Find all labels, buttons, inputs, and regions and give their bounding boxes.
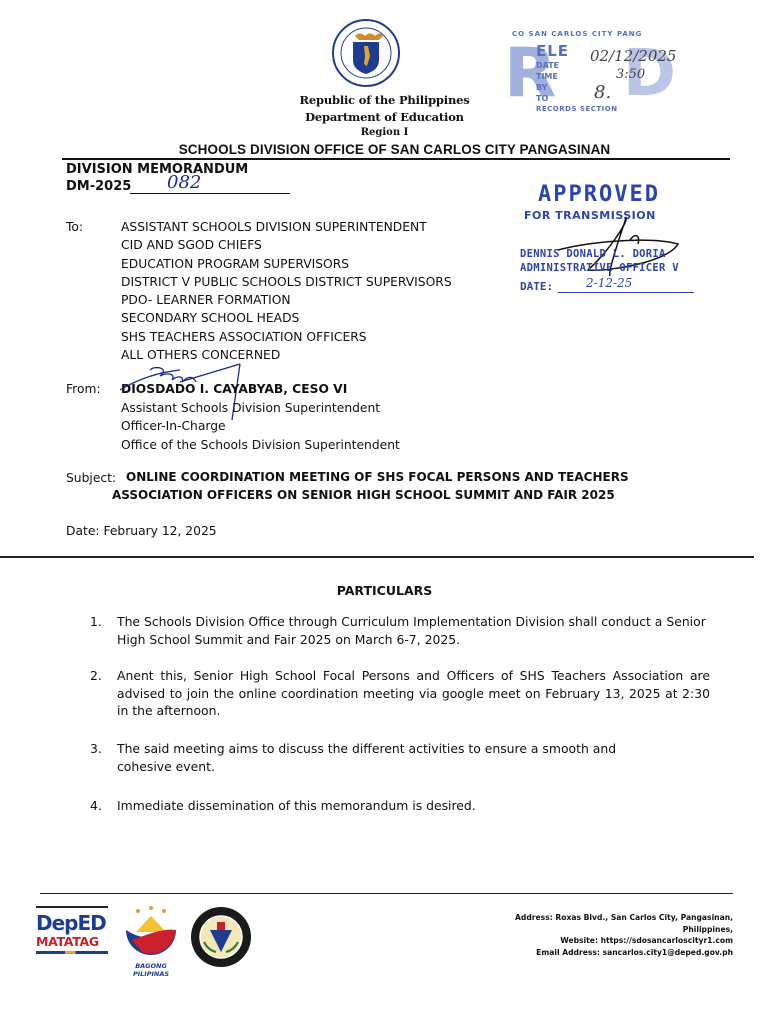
- particular-item: 1. The Schools Division Office through C…: [90, 613, 710, 648]
- footer-divider: [40, 893, 733, 894]
- department-text: Department of Education: [250, 110, 519, 124]
- office-name: SCHOOLS DIVISION OFFICE OF SAN CARLOS CI…: [60, 142, 729, 157]
- recipient: SECONDARY SCHOOL HEADS: [121, 309, 452, 327]
- schools-division-office-seal: [190, 906, 252, 968]
- recipient: PDO- LEARNER FORMATION: [121, 291, 452, 309]
- memo-type: DIVISION MEMORANDUM: [66, 162, 248, 177]
- subject-line-2: ASSOCIATION OFFICERS ON SENIOR HIGH SCHO…: [112, 488, 615, 502]
- recipient: CID AND SGOD CHIEFS: [121, 236, 452, 254]
- header-divider: [62, 158, 730, 160]
- item-number: 1.: [90, 613, 102, 631]
- memo-date: Date: February 12, 2025: [66, 522, 217, 540]
- approver-name: DENNIS DONALD L. DORIA: [520, 248, 666, 260]
- deped-seal-icon: [331, 18, 401, 88]
- item-text: Anent this, Senior High School Focal Per…: [117, 667, 710, 720]
- item-text: The Schools Division Office through Curr…: [117, 613, 710, 648]
- particular-item: 4. Immediate dissemination of this memor…: [90, 797, 710, 815]
- approved-date-value: 2-12-25: [586, 276, 632, 290]
- republic-text: Republic of the Philippines: [250, 93, 519, 107]
- address-line: Address: Roxas Blvd., San Carlos City, P…: [480, 912, 733, 924]
- approved-date-line: [558, 292, 694, 293]
- region-text: Region I: [250, 127, 519, 138]
- recipient: DISTRICT V PUBLIC SCHOOLS DISTRICT SUPER…: [121, 273, 452, 291]
- address-line-2: Philippines,: [480, 924, 733, 936]
- bagong-pilipinas-logo: BAGONG PILIPINAS: [118, 906, 184, 972]
- particular-item: 2. Anent this, Senior High School Focal …: [90, 667, 710, 720]
- recipient: SHS TEACHERS ASSOCIATION OFFICERS: [121, 328, 452, 346]
- section-divider: [0, 556, 754, 558]
- approver-position: ADMINISTRATIVE OFFICER V: [520, 262, 679, 274]
- from-label: From:: [66, 380, 101, 398]
- item-number: 4.: [90, 797, 102, 815]
- recipient: ASSISTANT SCHOOLS DIVISION SUPERINTENDEN…: [121, 218, 452, 236]
- memo-number-prefix: DM-2025: [66, 179, 131, 194]
- released-stamp: CO SAN CARLOS CITY PANG R D ELE DATE TIM…: [504, 30, 676, 120]
- sender-name: DIOSDADO I. CAYABYAB, CESO VI: [121, 380, 347, 398]
- subject-label: Subject:: [66, 469, 116, 487]
- subject-line-1: ONLINE COORDINATION MEETING OF SHS FOCAL…: [126, 470, 629, 484]
- particulars-heading: PARTICULARS: [0, 583, 769, 598]
- approved-date-label: DATE:: [520, 280, 553, 293]
- stamp-date-value: 02/12/2025: [590, 47, 676, 65]
- particular-item: 3. The said meeting aims to discuss the …: [90, 740, 710, 775]
- email-link[interactable]: Email Address: sancarlos.city1@deped.gov…: [480, 947, 733, 959]
- memo-number-value: 082: [167, 172, 201, 193]
- sender-title: Office of the Schools Division Superinte…: [121, 436, 400, 454]
- item-text: Immediate dissemination of this memorand…: [117, 797, 710, 815]
- stamp-word: ELE: [536, 42, 569, 60]
- item-text: The said meeting aims to discuss the dif…: [117, 740, 657, 775]
- item-number: 3.: [90, 740, 102, 758]
- recipient: EDUCATION PROGRAM SUPERVISORS: [121, 255, 452, 273]
- approved-title: APPROVED: [538, 182, 660, 207]
- website-link[interactable]: Website: https://sdosancarloscityr1.com: [480, 935, 733, 947]
- sender-title: Assistant Schools Division Superintenden…: [121, 399, 400, 417]
- recipients-list: ASSISTANT SCHOOLS DIVISION SUPERINTENDEN…: [121, 218, 452, 364]
- stamp-by-value: 8.: [594, 82, 611, 103]
- stamp-time-value: 3:50: [616, 67, 645, 82]
- item-number: 2.: [90, 667, 102, 685]
- approved-stamp: APPROVED FOR TRANSMISSION DENNIS DONALD …: [518, 182, 704, 300]
- sender-titles: Assistant Schools Division Superintenden…: [121, 399, 400, 454]
- deped-matatag-logo: DepED MATATAG: [36, 906, 108, 966]
- memo-number-line: [130, 193, 290, 194]
- contact-info: Address: Roxas Blvd., San Carlos City, P…: [480, 912, 733, 958]
- to-label: To:: [66, 218, 83, 236]
- sender-title: Officer-In-Charge: [121, 417, 400, 435]
